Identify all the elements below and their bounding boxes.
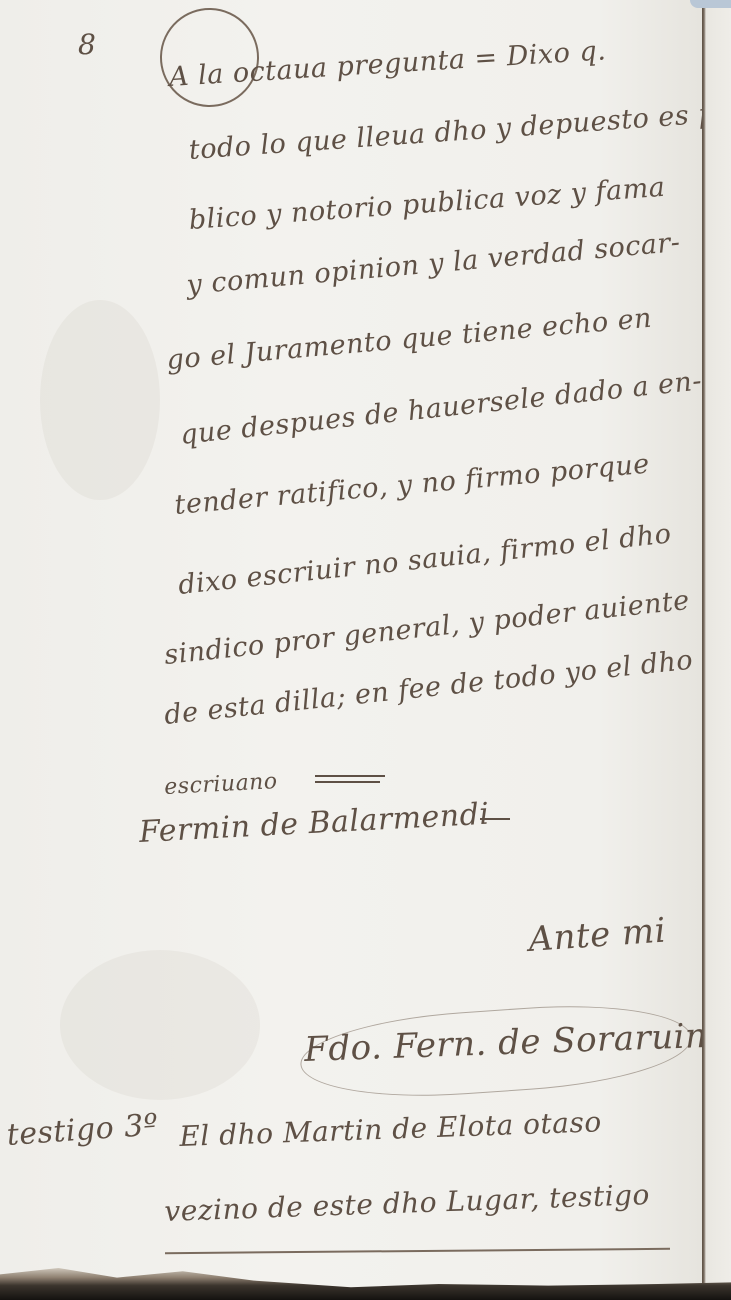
signature-rule [315,781,380,783]
folio-number: 8 [78,28,96,61]
adjacent-page-edge [702,0,731,1300]
witness-margin-note: testigo 3º [6,1107,160,1153]
signer-signature: Fermin de Balarmendi [138,797,490,850]
text-line-2: todo lo que lleua dho y depuesto es pu- [188,96,731,166]
text-line-3: blico y notorio publica voz y fama [188,172,666,236]
manuscript-page: 8 A la octaua pregunta = Dixo q. todo lo… [0,0,702,1290]
text-line-7: tender ratifico, y no firmo porque [173,449,651,521]
background-corner [690,0,731,8]
paper-stain [40,300,160,500]
text-line-4: y comun opinion y la verdad socar- [185,227,681,301]
witness-line-1: El dho Martin de Elota otaso [179,1105,602,1153]
paper-stain [60,950,260,1100]
text-line-6: que despues de hauersele dado a en- [179,365,704,451]
closing-rule [165,1248,670,1254]
ante-mi-text: Ante mi [527,910,667,960]
signature-rule [315,775,385,777]
escribano-label: escriuano [164,769,279,800]
text-line-8: dixo escriuir no sauia, firmo el dho [177,518,673,601]
witness-line-2: vezino de este dho Lugar, testigo [164,1178,651,1228]
text-line-5: go el Juramento que tiene echo en [165,303,653,376]
signature-rule [480,818,510,820]
